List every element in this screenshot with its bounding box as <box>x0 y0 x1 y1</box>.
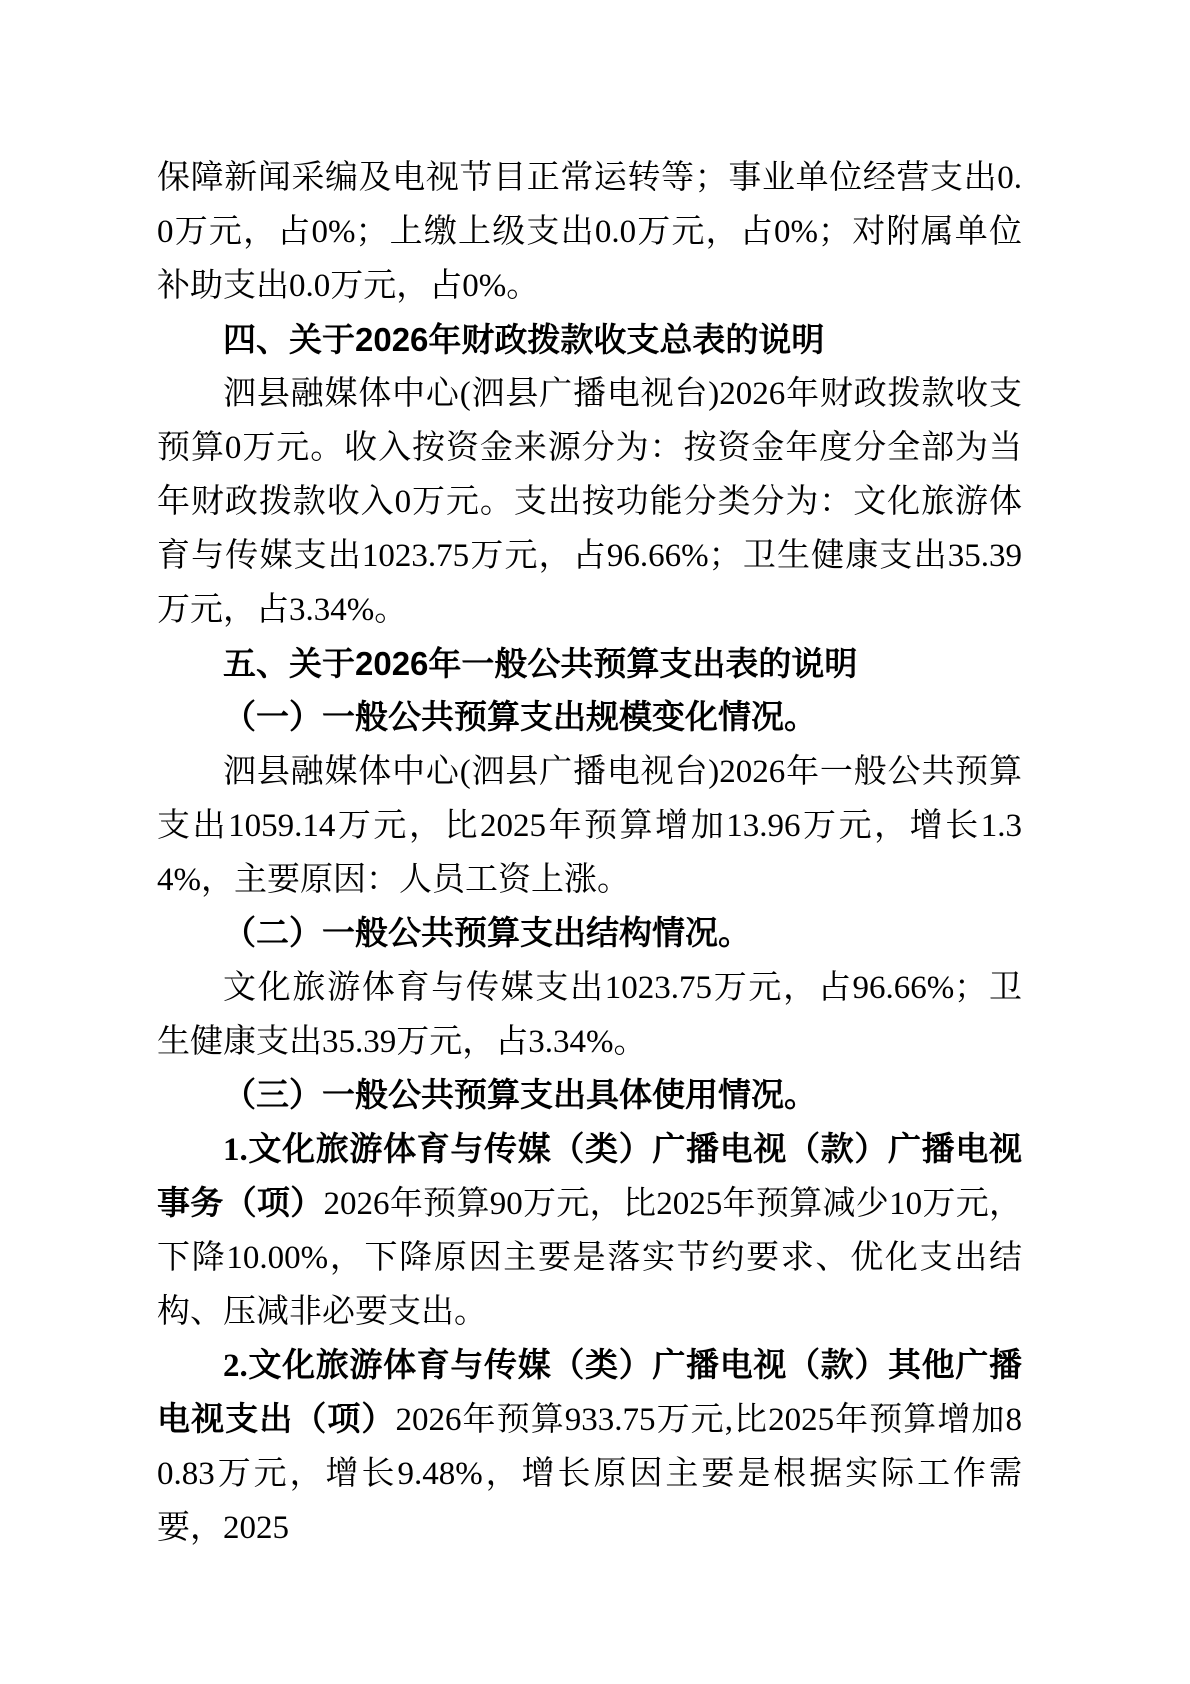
text-run: 文化旅游体育与传媒支出1023.75万元，占96.66%；卫生健康支出35.39… <box>157 970 1022 1060</box>
paragraph-item-2-other-radio-tv-expenditure: 2.文化旅游体育与传媒（类）广播电视（款）其他广播电视支出（项）2026年预算9… <box>157 1339 1022 1555</box>
paragraph-expenditure-scale-change: 泗县融媒体中心(泗县广播电视台)2026年一般公共预算支出1059.14万元，比… <box>157 745 1022 907</box>
subheading-three-expenditure-specific-use: （三）一般公共预算支出具体使用情况。 <box>157 1069 1022 1123</box>
heading-text: 四、关于2026年财政拨款收支总表的说明 <box>223 321 824 358</box>
document-page: 保障新闻采编及电视节目正常运转等；事业单位经营支出0.0万元，占0%；上缴上级支… <box>0 0 1190 1684</box>
heading-text: 五、关于2026年一般公共预算支出表的说明 <box>223 645 857 682</box>
paragraph-fiscal-appropriation-summary: 泗县融媒体中心(泗县广播电视台)2026年财政拨款收支预算0万元。收入按资金来源… <box>157 367 1022 637</box>
text-run: 泗县融媒体中心(泗县广播电视台)2026年财政拨款收支预算0万元。收入按资金来源… <box>157 376 1022 628</box>
heading-section-four-fiscal-appropriation-table: 四、关于2026年财政拨款收支总表的说明 <box>157 313 1022 367</box>
subheading-two-expenditure-structure: （二）一般公共预算支出结构情况。 <box>157 907 1022 961</box>
heading-text: （三）一般公共预算支出具体使用情况。 <box>223 1078 817 1114</box>
heading-text: （二）一般公共预算支出结构情况。 <box>223 916 751 952</box>
paragraph-operating-expense-continued: 保障新闻采编及电视节目正常运转等；事业单位经营支出0.0万元，占0%；上缴上级支… <box>157 151 1022 313</box>
heading-text: （一）一般公共预算支出规模变化情况。 <box>223 700 817 736</box>
heading-section-five-general-budget-expenditure-table: 五、关于2026年一般公共预算支出表的说明 <box>157 637 1022 691</box>
text-run: 泗县融媒体中心(泗县广播电视台)2026年一般公共预算支出1059.14万元，比… <box>157 754 1022 898</box>
paragraph-item-1-radio-tv-affairs: 1.文化旅游体育与传媒（类）广播电视（款）广播电视事务（项）2026年预算90万… <box>157 1123 1022 1339</box>
paragraph-expenditure-structure: 文化旅游体育与传媒支出1023.75万元，占96.66%；卫生健康支出35.39… <box>157 961 1022 1069</box>
text-run: 保障新闻采编及电视节目正常运转等；事业单位经营支出0.0万元，占0%；上缴上级支… <box>157 160 1022 304</box>
subheading-one-expenditure-scale-change: （一）一般公共预算支出规模变化情况。 <box>157 691 1022 745</box>
